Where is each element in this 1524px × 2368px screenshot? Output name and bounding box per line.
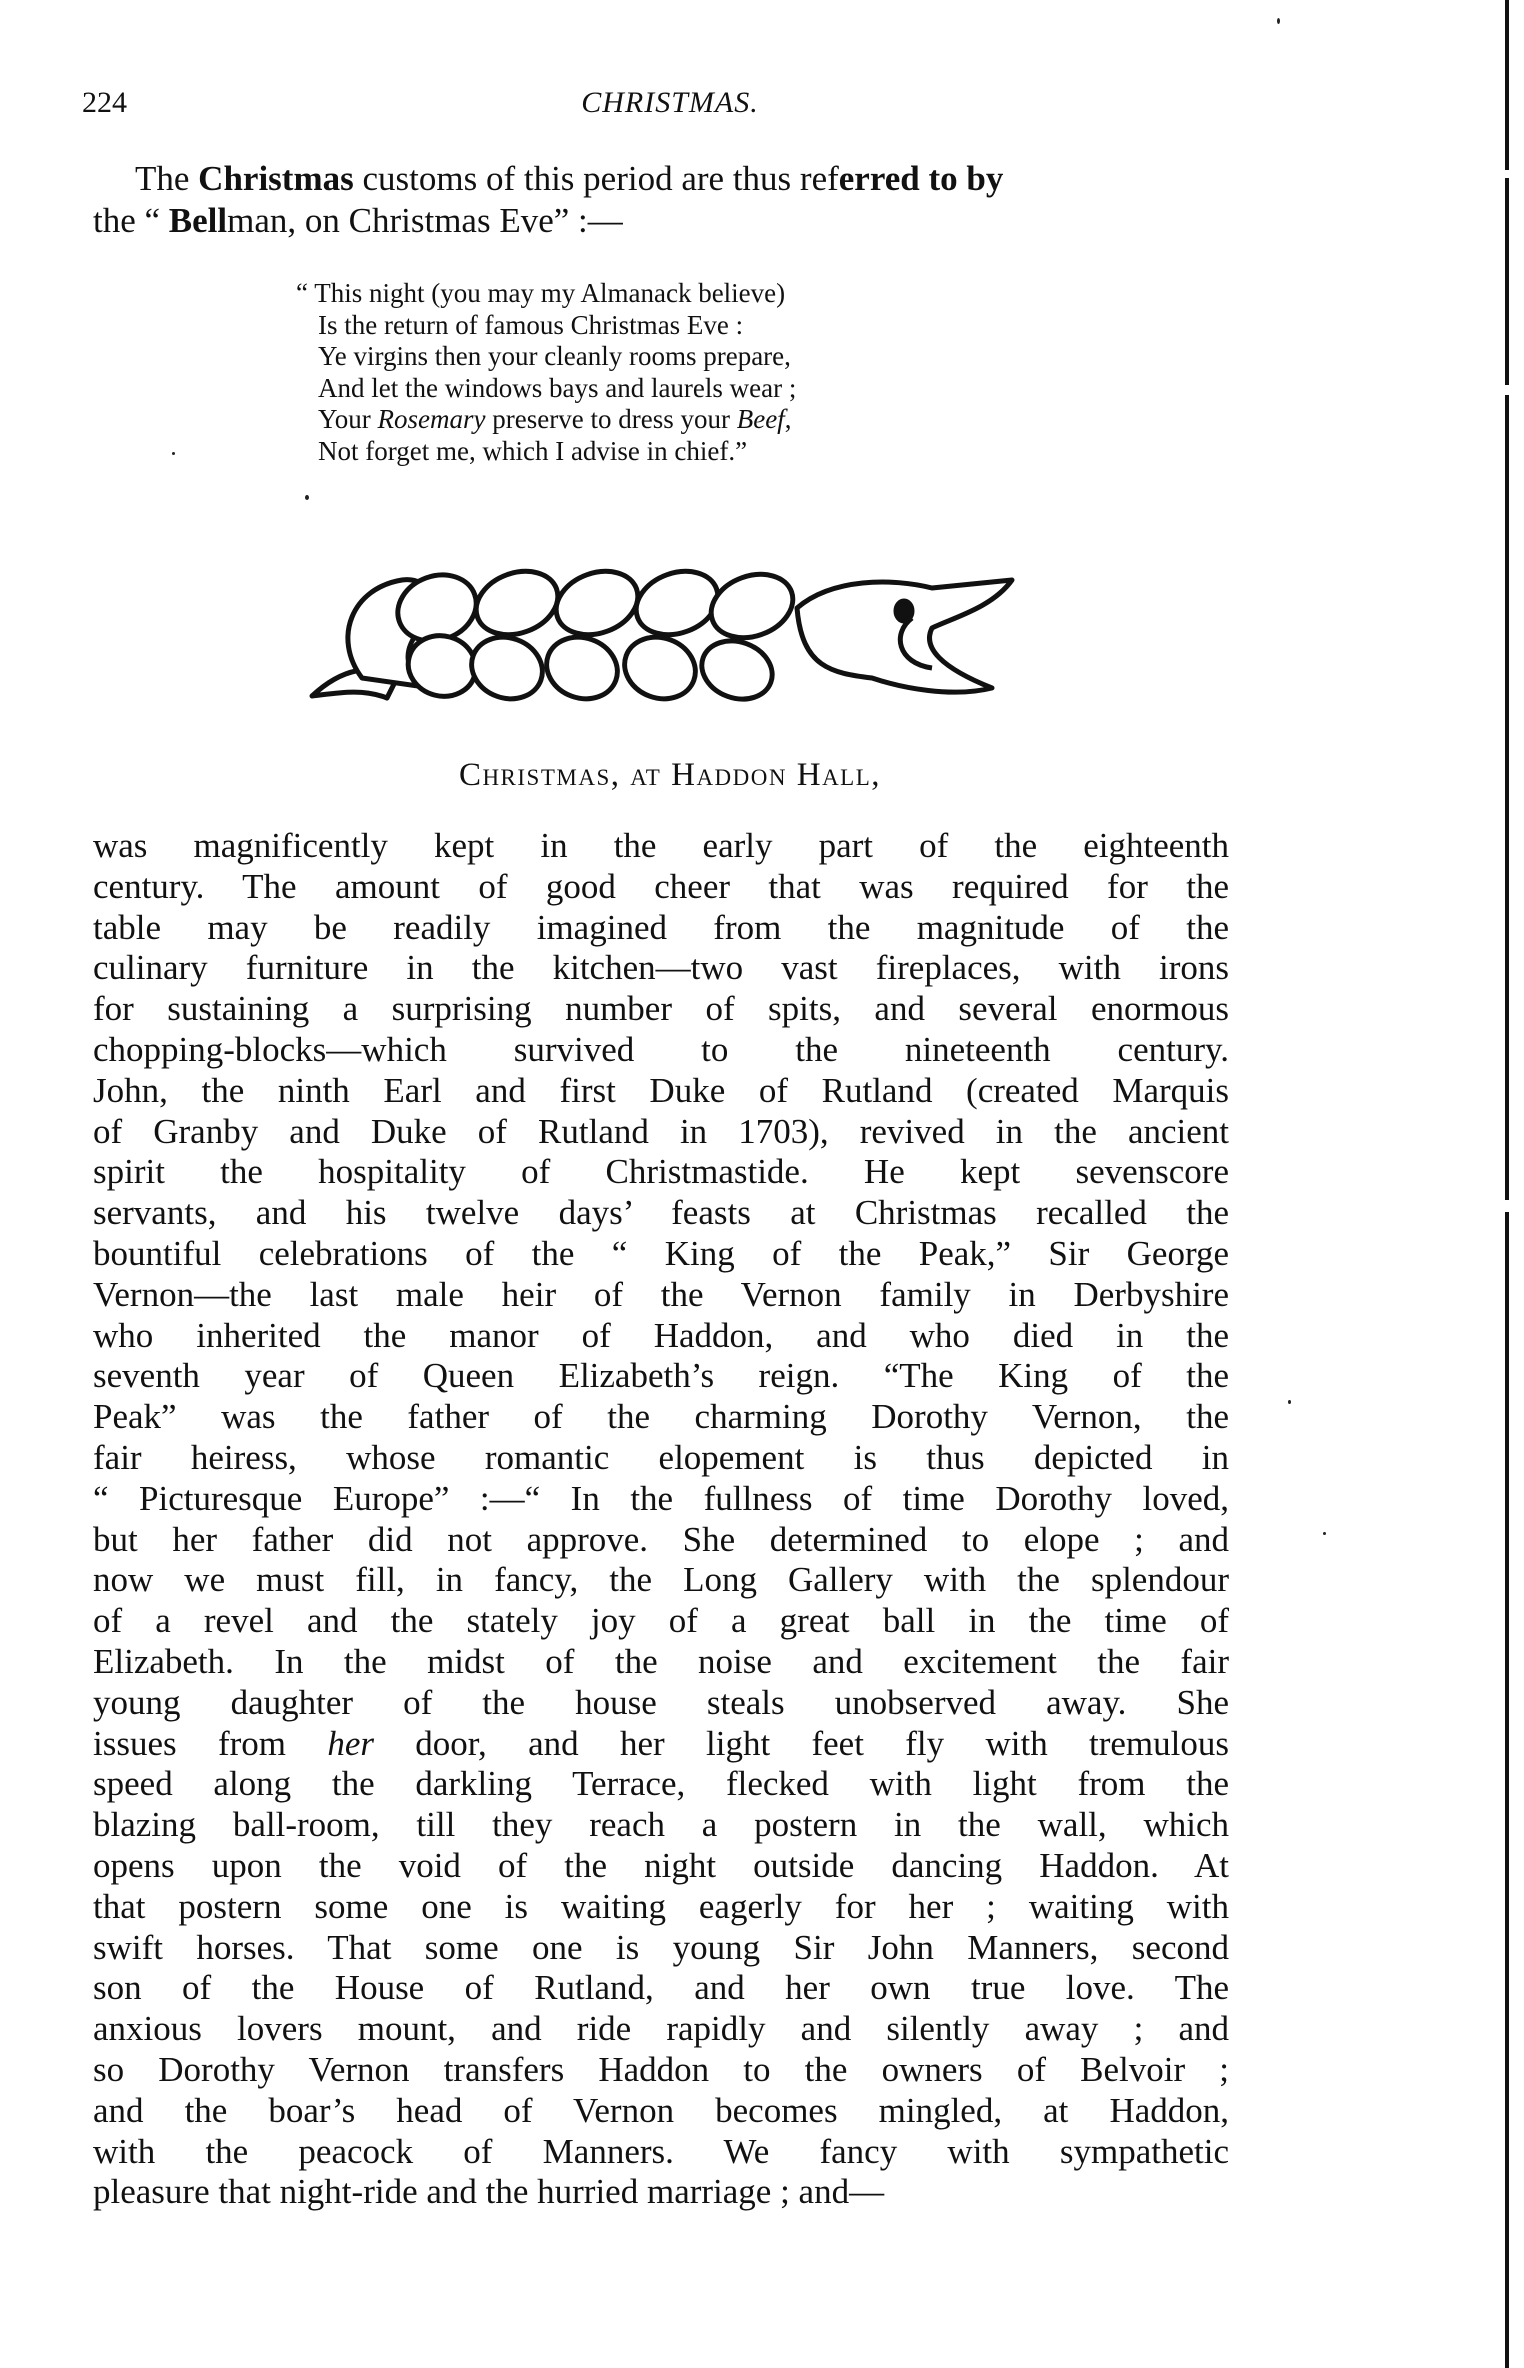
text-italic: Beef	[737, 404, 785, 434]
text-italic: Rosemary	[378, 404, 486, 434]
verse-line: Your Rosemary preserve to dress your Bee…	[318, 404, 796, 436]
page-edge-gap	[1500, 1200, 1514, 1212]
body-line: swift horses. That some one is young Sir…	[93, 1928, 1229, 1969]
text: door, and her light feet fly with tremul…	[374, 1724, 1229, 1763]
text-italic: her	[327, 1724, 374, 1763]
body-line: of Granby and Duke of Rutland in 1703), …	[93, 1112, 1229, 1153]
body-line: century. The amount of good cheer that w…	[93, 867, 1229, 908]
text: issues from	[93, 1724, 327, 1763]
text: Your	[318, 404, 378, 434]
intro-line-2: the “ Bellman, on Christmas Eve” :—	[93, 200, 1229, 242]
verse-quotation: “ This night (you may my Almanack believ…	[318, 278, 796, 467]
body-line: bountiful celebrations of the “ King of …	[93, 1234, 1229, 1275]
body-line: of a revel and the stately joy of a grea…	[93, 1601, 1229, 1642]
text: preserve to dress your	[486, 404, 737, 434]
print-speck	[1323, 1532, 1326, 1535]
serpent-braid-ornament-icon	[292, 548, 1062, 708]
body-line: anxious lovers mount, and ride rapidly a…	[93, 2009, 1229, 2050]
text-bold: Bell	[169, 201, 227, 240]
body-line: John, the ninth Earl and first Duke of R…	[93, 1071, 1229, 1112]
body-line: seventh year of Queen Elizabeth’s reign.…	[93, 1356, 1229, 1397]
page-edge-gap	[1500, 385, 1514, 395]
verse-line: Not forget me, which I advise in chief.”	[318, 436, 796, 468]
body-line: speed along the darkling Terrace, flecke…	[93, 1764, 1229, 1805]
text: man, on Christmas Eve” :—	[227, 201, 623, 240]
text: customs of this period are thus ref	[354, 159, 839, 198]
body-line: servants, and his twelve days’ feasts at…	[93, 1193, 1229, 1234]
body-line: with the peacock of Manners. We fancy wi…	[93, 2132, 1229, 2173]
print-speck	[172, 452, 175, 455]
open-quote: “	[296, 278, 314, 308]
text: the “	[93, 201, 169, 240]
page-edge-rule	[1505, 0, 1509, 2368]
body-line: that postern some one is waiting eagerly…	[93, 1887, 1229, 1928]
verse-line: Is the return of famous Christmas Eve :	[318, 310, 796, 342]
intro-line-1: The Christmas customs of this period are…	[93, 158, 1229, 200]
body-line: blazing ball-room, till they reach a pos…	[93, 1805, 1229, 1846]
body-line: culinary furniture in the kitchen—two va…	[93, 948, 1229, 989]
body-line: table may be readily imagined from the m…	[93, 908, 1229, 949]
body-line: son of the House of Rutland, and her own…	[93, 1968, 1229, 2009]
body-line: so Dorothy Vernon transfers Haddon to th…	[93, 2050, 1229, 2091]
body-line: was magnificently kept in the early part…	[93, 826, 1229, 867]
verse-line: Ye virgins then your cleanly rooms prepa…	[318, 341, 796, 373]
text-bold: erred to by	[839, 159, 1004, 198]
verse-line: “ This night (you may my Almanack believ…	[318, 278, 796, 310]
page-edge-gap	[1500, 170, 1514, 178]
text: ,	[785, 404, 792, 434]
body-line: opens upon the void of the night outside…	[93, 1846, 1229, 1887]
running-title: CHRISTMAS.	[0, 86, 1340, 120]
body-line: but her father did not approve. She dete…	[93, 1520, 1229, 1561]
print-speck	[1277, 18, 1280, 24]
intro-paragraph: The Christmas customs of this period are…	[93, 158, 1229, 242]
body-line: and the boar’s head of Vernon becomes mi…	[93, 2091, 1229, 2132]
verse-line: And let the windows bays and laurels wea…	[318, 373, 796, 405]
print-speck	[1288, 1400, 1291, 1404]
text-bold: Christmas	[198, 159, 354, 198]
body-line: who inherited the manor of Haddon, and w…	[93, 1316, 1229, 1357]
text: This night (you may my Almanack believe)	[314, 278, 785, 308]
section-heading: Christmas, at Haddon Hall,	[0, 757, 1340, 794]
body-line: spirit the hospitality of Christmastide.…	[93, 1152, 1229, 1193]
body-line: “ Picturesque Europe” :—“ In the fullnes…	[93, 1479, 1229, 1520]
body-line: chopping-blocks—which survived to the ni…	[93, 1030, 1229, 1071]
body-line: Peak” was the father of the charming Dor…	[93, 1397, 1229, 1438]
body-line: for sustaining a surprising number of sp…	[93, 989, 1229, 1030]
body-line: pleasure that night-ride and the hurried…	[93, 2172, 1229, 2213]
body-line: Elizabeth. In the midst of the noise and…	[93, 1642, 1229, 1683]
print-speck	[305, 495, 309, 500]
body-line: now we must fill, in fancy, the Long Gal…	[93, 1560, 1229, 1601]
body-line: young daughter of the house steals unobs…	[93, 1683, 1229, 1724]
body-paragraph: was magnificently kept in the early part…	[93, 826, 1229, 2213]
body-line: issues from her door, and her light feet…	[93, 1724, 1229, 1765]
body-line: fair heiress, whose romantic elopement i…	[93, 1438, 1229, 1479]
text: The	[135, 159, 198, 198]
body-line: Vernon—the last male heir of the Vernon …	[93, 1275, 1229, 1316]
